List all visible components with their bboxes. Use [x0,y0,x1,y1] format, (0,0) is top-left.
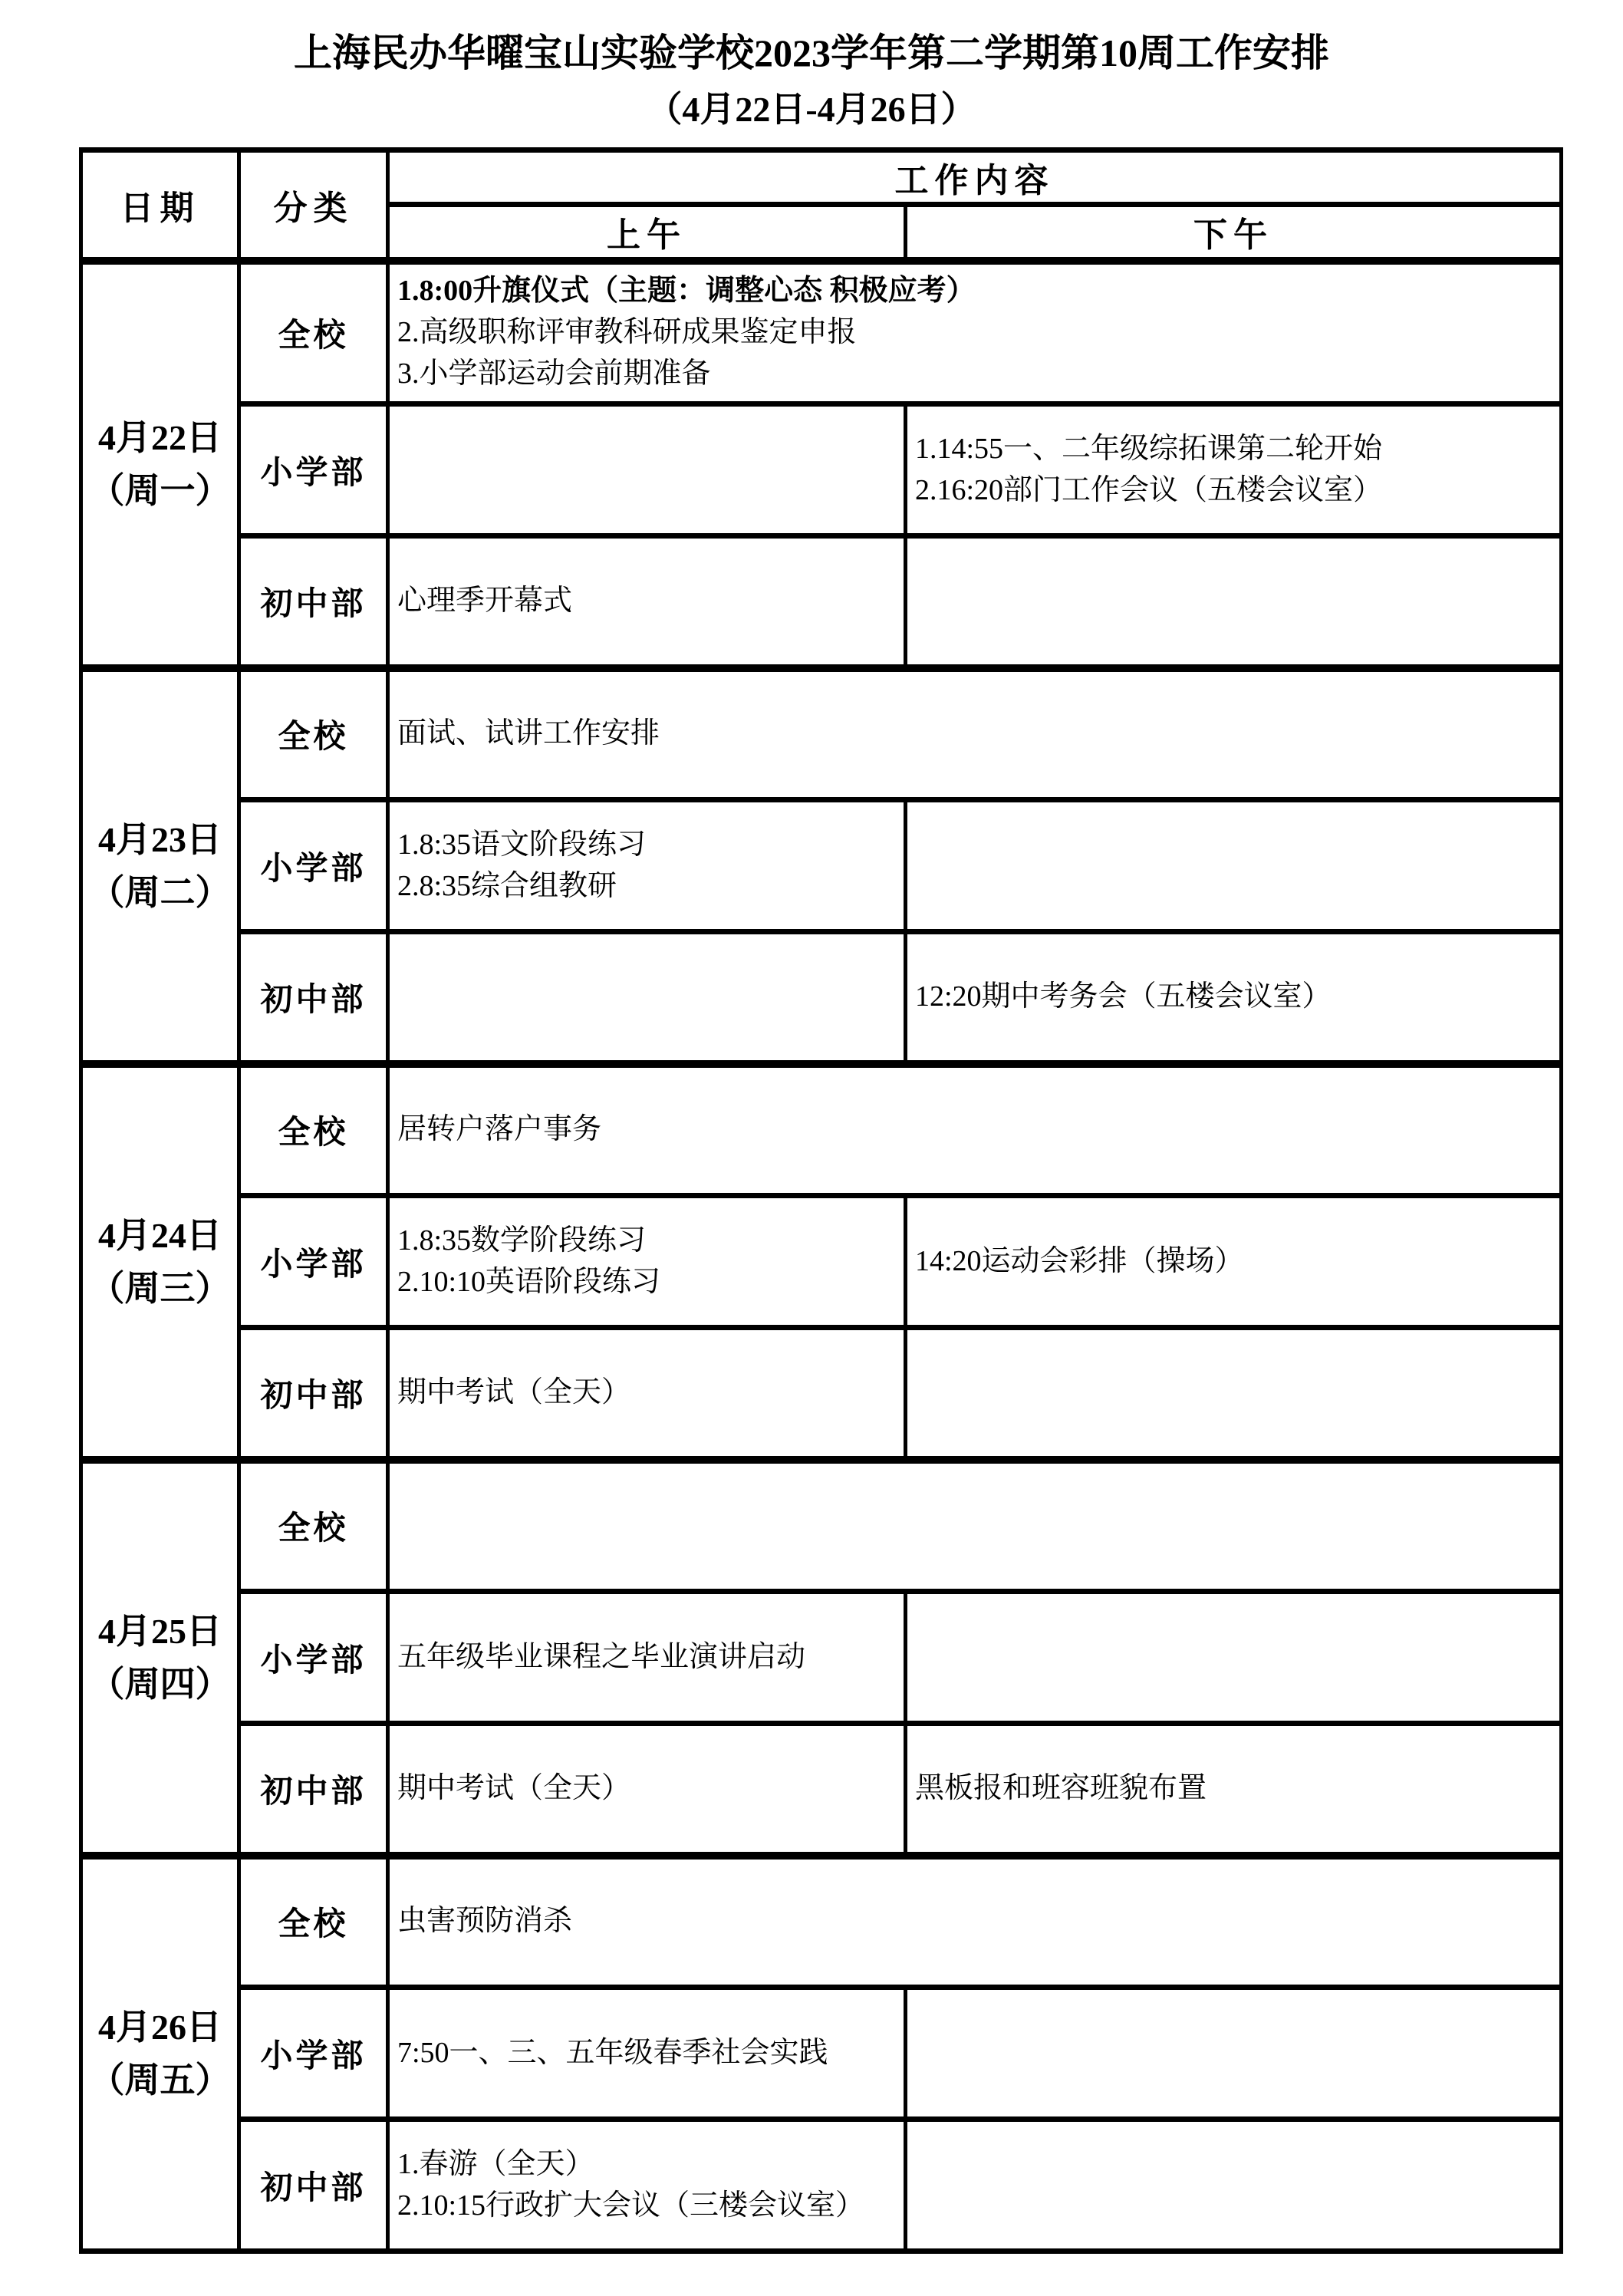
morning-cell: 1.春游（全天）2.10:15行政扩大会议（三楼会议室） [388,2120,906,2252]
weekday-text: （周三） [83,1262,237,1315]
category-cell: 初中部 [239,932,388,1064]
content-line: 7:50一、三、五年级春季社会实践 [397,2033,896,2074]
afternoon-cell: 黑板报和班容班貌布置 [906,1724,1562,1856]
schedule-row: 初中部期中考试（全天）黑板报和班容班貌布置 [81,1724,1562,1856]
category-cell: 全校 [239,1064,388,1196]
content-line: 14:20运动会彩排（操场） [915,1241,1552,1283]
content-line: 虫害预防消杀 [397,1901,1552,1942]
schedule-row: 初中部1.春游（全天）2.10:15行政扩大会议（三楼会议室） [81,2120,1562,2252]
category-cell: 初中部 [239,536,388,668]
merged-content-cell: 1.8:00升旗仪式（主题：调整心态 积极应考）2.高级职称评审教科研成果鉴定申… [388,261,1562,404]
schedule-row: 初中部期中考试（全天） [81,1328,1562,1460]
table-body: 4月22日（周一）全校1.8:00升旗仪式（主题：调整心态 积极应考）2.高级职… [81,261,1562,2251]
schedule-row: 小学部1.8:35数学阶段练习2.10:10英语阶段练习14:20运动会彩排（操… [81,1196,1562,1328]
content-line: 2.16:20部门工作会议（五楼会议室） [915,470,1552,512]
schedule-row: 4月22日（周一）全校1.8:00升旗仪式（主题：调整心态 积极应考）2.高级职… [81,261,1562,404]
merged-content-cell: 虫害预防消杀 [388,1856,1562,1988]
date-cell: 4月24日（周三） [81,1064,239,1460]
category-cell: 全校 [239,261,388,404]
schedule-row: 4月25日（周四）全校 [81,1460,1562,1592]
date-cell: 4月22日（周一） [81,261,239,667]
merged-content-cell: 居转户落户事务 [388,1064,1562,1196]
content-line: 2.10:15行政扩大会议（三楼会议室） [397,2186,896,2227]
content-line: 期中考试（全天） [397,1372,896,1414]
content-line: 3.小学部运动会前期准备 [397,354,1552,395]
category-cell: 小学部 [239,1988,388,2120]
page-title: 上海民办华曜宝山实验学校2023学年第二学期第10周工作安排 [0,29,1623,77]
header-row-1: 日期 分类 工作内容 [81,150,1562,204]
category-cell: 小学部 [239,800,388,932]
content-line: 2.10:10英语阶段练习 [397,1262,896,1303]
morning-cell: 1.8:35数学阶段练习2.10:10英语阶段练习 [388,1196,906,1328]
content-line: 期中考试（全天） [397,1768,896,1810]
date-text: 4月25日 [83,1605,237,1658]
morning-cell: 期中考试（全天） [388,1328,906,1460]
morning-cell [388,932,906,1064]
morning-cell: 期中考试（全天） [388,1724,906,1856]
schedule-row: 小学部7:50一、三、五年级春季社会实践 [81,1988,1562,2120]
header-category: 分类 [239,150,388,261]
category-cell: 全校 [239,1460,388,1592]
content-line: 1.春游（全天） [397,2144,896,2186]
morning-cell: 1.8:35语文阶段练习2.8:35综合组教研 [388,800,906,932]
schedule-row: 小学部1.14:55一、二年级综拓课第二轮开始2.16:20部门工作会议（五楼会… [81,404,1562,536]
category-cell: 小学部 [239,1592,388,1724]
schedule-row: 小学部1.8:35语文阶段练习2.8:35综合组教研 [81,800,1562,932]
weekday-text: （周五） [83,2054,237,2107]
date-cell: 4月25日（周四） [81,1460,239,1856]
afternoon-cell [906,800,1562,932]
document-page: 上海民办华曜宝山实验学校2023学年第二学期第10周工作安排 （4月22日-4月… [0,0,1623,2296]
afternoon-cell [906,1328,1562,1460]
afternoon-cell [906,2120,1562,2252]
morning-cell: 7:50一、三、五年级春季社会实践 [388,1988,906,2120]
category-cell: 全校 [239,1856,388,1988]
content-line: 1.8:35数学阶段练习 [397,1220,896,1262]
merged-content-cell: 面试、试讲工作安排 [388,668,1562,800]
weekday-text: （周四） [83,1658,237,1711]
weekday-text: （周一） [83,464,237,517]
schedule-table: 日期 分类 工作内容 上午 下午 4月22日（周一）全校1.8:00升旗仪式（主… [79,147,1563,2254]
content-line: 面试、试讲工作安排 [397,713,1552,755]
header-date: 日期 [81,150,239,261]
afternoon-cell [906,1988,1562,2120]
date-cell: 4月23日（周二） [81,668,239,1064]
afternoon-cell: 1.14:55一、二年级综拓课第二轮开始2.16:20部门工作会议（五楼会议室） [906,404,1562,536]
date-text: 4月22日 [83,411,237,464]
content-line: 居转户落户事务 [397,1109,1552,1151]
content-line: 五年级毕业课程之毕业演讲启动 [397,1637,896,1678]
category-cell: 全校 [239,668,388,800]
content-line: 2.高级职称评审教科研成果鉴定申报 [397,312,1552,354]
category-cell: 初中部 [239,2120,388,2252]
title-block: 上海民办华曜宝山实验学校2023学年第二学期第10周工作安排 （4月22日-4月… [0,0,1623,130]
morning-cell: 五年级毕业课程之毕业演讲启动 [388,1592,906,1724]
content-line: 1.8:35语文阶段练习 [397,825,896,866]
date-text: 4月26日 [83,2001,237,2054]
schedule-row: 4月24日（周三）全校居转户落户事务 [81,1064,1562,1196]
schedule-row: 小学部五年级毕业课程之毕业演讲启动 [81,1592,1562,1724]
content-line: 1.14:55一、二年级综拓课第二轮开始 [915,429,1552,470]
content-line: 12:20期中考务会（五楼会议室） [915,977,1552,1018]
category-cell: 初中部 [239,1328,388,1460]
date-cell: 4月26日（周五） [81,1856,239,2252]
header-afternoon: 下午 [906,204,1562,261]
table-header: 日期 分类 工作内容 上午 下午 [81,150,1562,261]
content-line: 2.8:35综合组教研 [397,866,896,908]
afternoon-cell [906,536,1562,668]
content-line: 黑板报和班容班貌布置 [915,1768,1552,1810]
schedule-row: 初中部心理季开幕式 [81,536,1562,668]
afternoon-cell [906,1592,1562,1724]
header-work-content: 工作内容 [388,150,1562,204]
page-subtitle: （4月22日-4月26日） [0,88,1623,130]
content-line: 1.8:00升旗仪式（主题：调整心态 积极应考） [397,271,1552,312]
content-line: 心理季开幕式 [397,581,896,622]
date-text: 4月24日 [83,1209,237,1262]
category-cell: 初中部 [239,1724,388,1856]
afternoon-cell: 12:20期中考务会（五楼会议室） [906,932,1562,1064]
header-morning: 上午 [388,204,906,261]
afternoon-cell: 14:20运动会彩排（操场） [906,1196,1562,1328]
schedule-row: 4月26日（周五）全校虫害预防消杀 [81,1856,1562,1988]
morning-cell [388,404,906,536]
date-text: 4月23日 [83,813,237,866]
merged-content-cell [388,1460,1562,1592]
weekday-text: （周二） [83,866,237,919]
category-cell: 小学部 [239,404,388,536]
schedule-row: 4月23日（周二）全校面试、试讲工作安排 [81,668,1562,800]
category-cell: 小学部 [239,1196,388,1328]
schedule-row: 初中部12:20期中考务会（五楼会议室） [81,932,1562,1064]
morning-cell: 心理季开幕式 [388,536,906,668]
